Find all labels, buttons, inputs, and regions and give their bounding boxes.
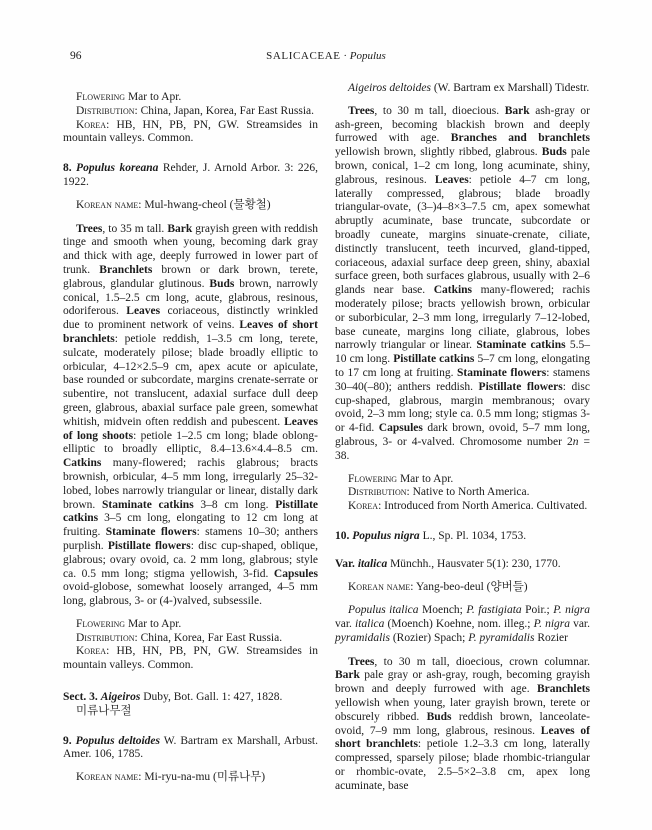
text-run: Leaves (435, 174, 469, 186)
text-run: Bark (505, 105, 530, 117)
text-run: : Native to North America. (407, 486, 530, 498)
korean-name-line: Korean name: Mul-hwang-cheol (물황철) (63, 199, 318, 213)
text-run: L., Sp. Pl. 1034, 1753. (420, 530, 526, 542)
variety-heading: Var. italica Münchh., Hausvater 5(1): 23… (335, 558, 590, 572)
text-run: : China, Japan, Korea, Far East Russia. (135, 105, 315, 117)
info-block: Flowering Mar to Apr.Distribution: China… (63, 618, 318, 673)
text-run: P. nigra (534, 618, 570, 630)
text-run: Buds (209, 278, 234, 290)
text-run: P. nigra (553, 604, 590, 616)
description-paragraph: Trees, to 30 m tall, dioecious, crown co… (335, 656, 590, 794)
synonyms-paragraph: Populus italica Moench; P. fastigiata Po… (335, 604, 590, 645)
text-run: 3–8 cm long. (194, 499, 276, 511)
text-run: var. (335, 618, 355, 630)
text-run: (W. Bartram ex Marshall) Tidestr. (431, 82, 589, 94)
info-block: Flowering Mar to Apr.Distribution: Nativ… (335, 473, 590, 514)
text-run: Mar to Apr. (397, 473, 453, 485)
text-run: Catkins (434, 284, 472, 296)
korea-line: Korea: HB, HN, PB, PN, GW. Streamsides i… (63, 645, 318, 673)
text-run: Mar to Apr. (125, 618, 181, 630)
text-run: P. pyramidalis (468, 632, 534, 644)
text-run: Staminate flowers (457, 367, 546, 379)
text-run: Pistillate catkins (393, 353, 474, 365)
text-run: (Moench) Koehne, nom. illeg.; (384, 618, 533, 630)
small-caps-label: Korea (348, 500, 378, 512)
text-run: Sect. 3. (63, 691, 101, 703)
text-run: Staminate flowers (106, 526, 197, 538)
text-run: P. fastigiata (466, 604, 521, 616)
text-run: Populus nigra (352, 530, 419, 542)
text-run: Trees (76, 223, 102, 235)
section-heading: Sect. 3. Aigeiros Duby, Bot. Gall. 1: 42… (63, 691, 318, 705)
description-paragraph: Trees, to 35 m tall. Bark grayish green … (63, 223, 318, 609)
text-run: Pistillate flowers (479, 381, 563, 393)
text-run: Pistillate flowers (108, 540, 191, 552)
text-run: 9. (63, 735, 76, 747)
text-run: Aigeiros (101, 691, 141, 703)
species-heading: 9. Populus deltoides W. Bartram ex Marsh… (63, 735, 318, 763)
text-run: Capsules (379, 422, 423, 434)
text-run: : petiole 4–7 cm long, laterally compres… (335, 174, 590, 296)
distribution-line: Distribution: China, Japan, Korea, Far E… (63, 105, 318, 119)
small-caps-label: Distribution (76, 105, 135, 117)
text-run: Trees (348, 105, 374, 117)
text-run: , to 30 m tall, dioecious. (374, 105, 504, 117)
book-page: 96 SALICACEAE · Populus Flowering Mar to… (0, 0, 652, 830)
text-run: Branches and branchlets (451, 132, 590, 144)
text-run: Bark (335, 669, 360, 681)
text-run: Leaves (126, 305, 160, 317)
text-run: Populus koreana (76, 162, 158, 174)
text-run: ovoid-globose, somewhat loosely arranged… (63, 581, 318, 607)
flowering-line: Flowering Mar to Apr. (63, 91, 318, 105)
text-run: pyramidalis (335, 632, 390, 644)
text-run: Trees (348, 656, 374, 668)
small-caps-label: Korean name (76, 771, 138, 783)
text-run: 8. (63, 162, 76, 174)
text-run: Branchlets (99, 264, 152, 276)
page-header: 96 SALICACEAE · Populus (0, 0, 652, 66)
text-run: Moench; (419, 604, 467, 616)
text-run: Catkins (63, 457, 101, 469)
text-run: : Mi-ryu-na-mu (미류나무) (138, 771, 265, 783)
small-caps-label: Flowering (76, 91, 125, 103)
small-caps-label: Distribution (348, 486, 407, 498)
flowering-line: Flowering Mar to Apr. (63, 618, 318, 632)
korean-name-line: Korean name: Mi-ryu-na-mu (미류나무) (63, 771, 318, 785)
running-head: SALICACEAE · Populus (0, 50, 652, 64)
text-run: Bark (167, 223, 192, 235)
korea-line: Korea: Introduced from North America. Cu… (335, 500, 590, 514)
text-run: : Introduced from North America. Cultiva… (378, 500, 587, 512)
text-run: , to 30 m tall, dioecious, crown columna… (374, 656, 590, 668)
running-head-family: SALICACEAE (266, 50, 340, 62)
small-caps-label: Flowering (348, 473, 397, 485)
right-column: Aigeiros deltoides (W. Bartram ex Marsha… (335, 82, 590, 795)
text-run: Münchh., Hausvater 5(1): 230, 1770. (387, 558, 560, 570)
description-paragraph: Trees, to 30 m tall, dioecious. Bark ash… (335, 105, 590, 464)
text-run: Staminate catkins (476, 339, 565, 351)
text-run: Poir.; (522, 604, 554, 616)
text-run: italica (355, 618, 384, 630)
text-run: Staminate catkins (102, 499, 194, 511)
info-block: Flowering Mar to Apr.Distribution: China… (63, 91, 318, 146)
text-run: : Mul-hwang-cheol (물황철) (138, 199, 270, 211)
text-run: : China, Korea, Far East Russia. (135, 632, 283, 644)
small-caps-label: Flowering (76, 618, 125, 630)
text-columns: Flowering Mar to Apr.Distribution: China… (0, 66, 652, 795)
species-heading: 10. Populus nigra L., Sp. Pl. 1034, 1753… (335, 530, 590, 544)
text-run: (Rozier) Spach; (390, 632, 468, 644)
korea-line: Korea: HB, HN, PB, PN, GW. Streamsides i… (63, 119, 318, 147)
text-run: 10. (335, 530, 352, 542)
text-run: Buds (427, 711, 452, 723)
small-caps-label: Korea (76, 119, 106, 131)
text-run: Duby, Bot. Gall. 1: 427, 1828. (140, 691, 282, 703)
running-head-separator: · (341, 50, 350, 62)
distribution-line: Distribution: China, Korea, Far East Rus… (63, 632, 318, 646)
text-run: Capsules (274, 568, 318, 580)
text-run: Var. (335, 558, 358, 570)
text-run: : Yang-beo-deul (양버들) (410, 581, 527, 593)
small-caps-label: Korean name (76, 199, 138, 211)
text-run: Mar to Apr. (125, 91, 181, 103)
flowering-line: Flowering Mar to Apr. (335, 473, 590, 487)
left-column: Flowering Mar to Apr.Distribution: China… (63, 82, 318, 795)
text-run: Buds (542, 146, 567, 158)
text-run: Populus deltoides (76, 735, 160, 747)
synonym-line: Aigeiros deltoides (W. Bartram ex Marsha… (335, 82, 590, 96)
small-caps-label: Korea (76, 645, 106, 657)
text-run: yellowish brown, slightly ribbed, glabro… (335, 146, 542, 158)
text-run: Aigeiros deltoides (348, 82, 431, 94)
text-run: : petiole reddish, 1–3.5 cm long, terete… (63, 333, 318, 428)
text-run: var. (570, 618, 590, 630)
small-caps-label: Distribution (76, 632, 135, 644)
species-heading: 8. Populus koreana Rehder, J. Arnold Arb… (63, 162, 318, 190)
small-caps-label: Korean name (348, 581, 410, 593)
running-head-genus: Populus (350, 50, 386, 62)
distribution-line: Distribution: Native to North America. (335, 486, 590, 500)
korean-name-line: Korean name: Yang-beo-deul (양버들) (335, 581, 590, 595)
section-korean-name: 미류나무절 (63, 705, 318, 719)
text-run: Rozier (534, 632, 568, 644)
text-run: italica (358, 558, 387, 570)
text-run: Populus italica (348, 604, 419, 616)
text-run: , to 35 m tall. (102, 223, 167, 235)
text-run: Branchlets (537, 683, 590, 695)
